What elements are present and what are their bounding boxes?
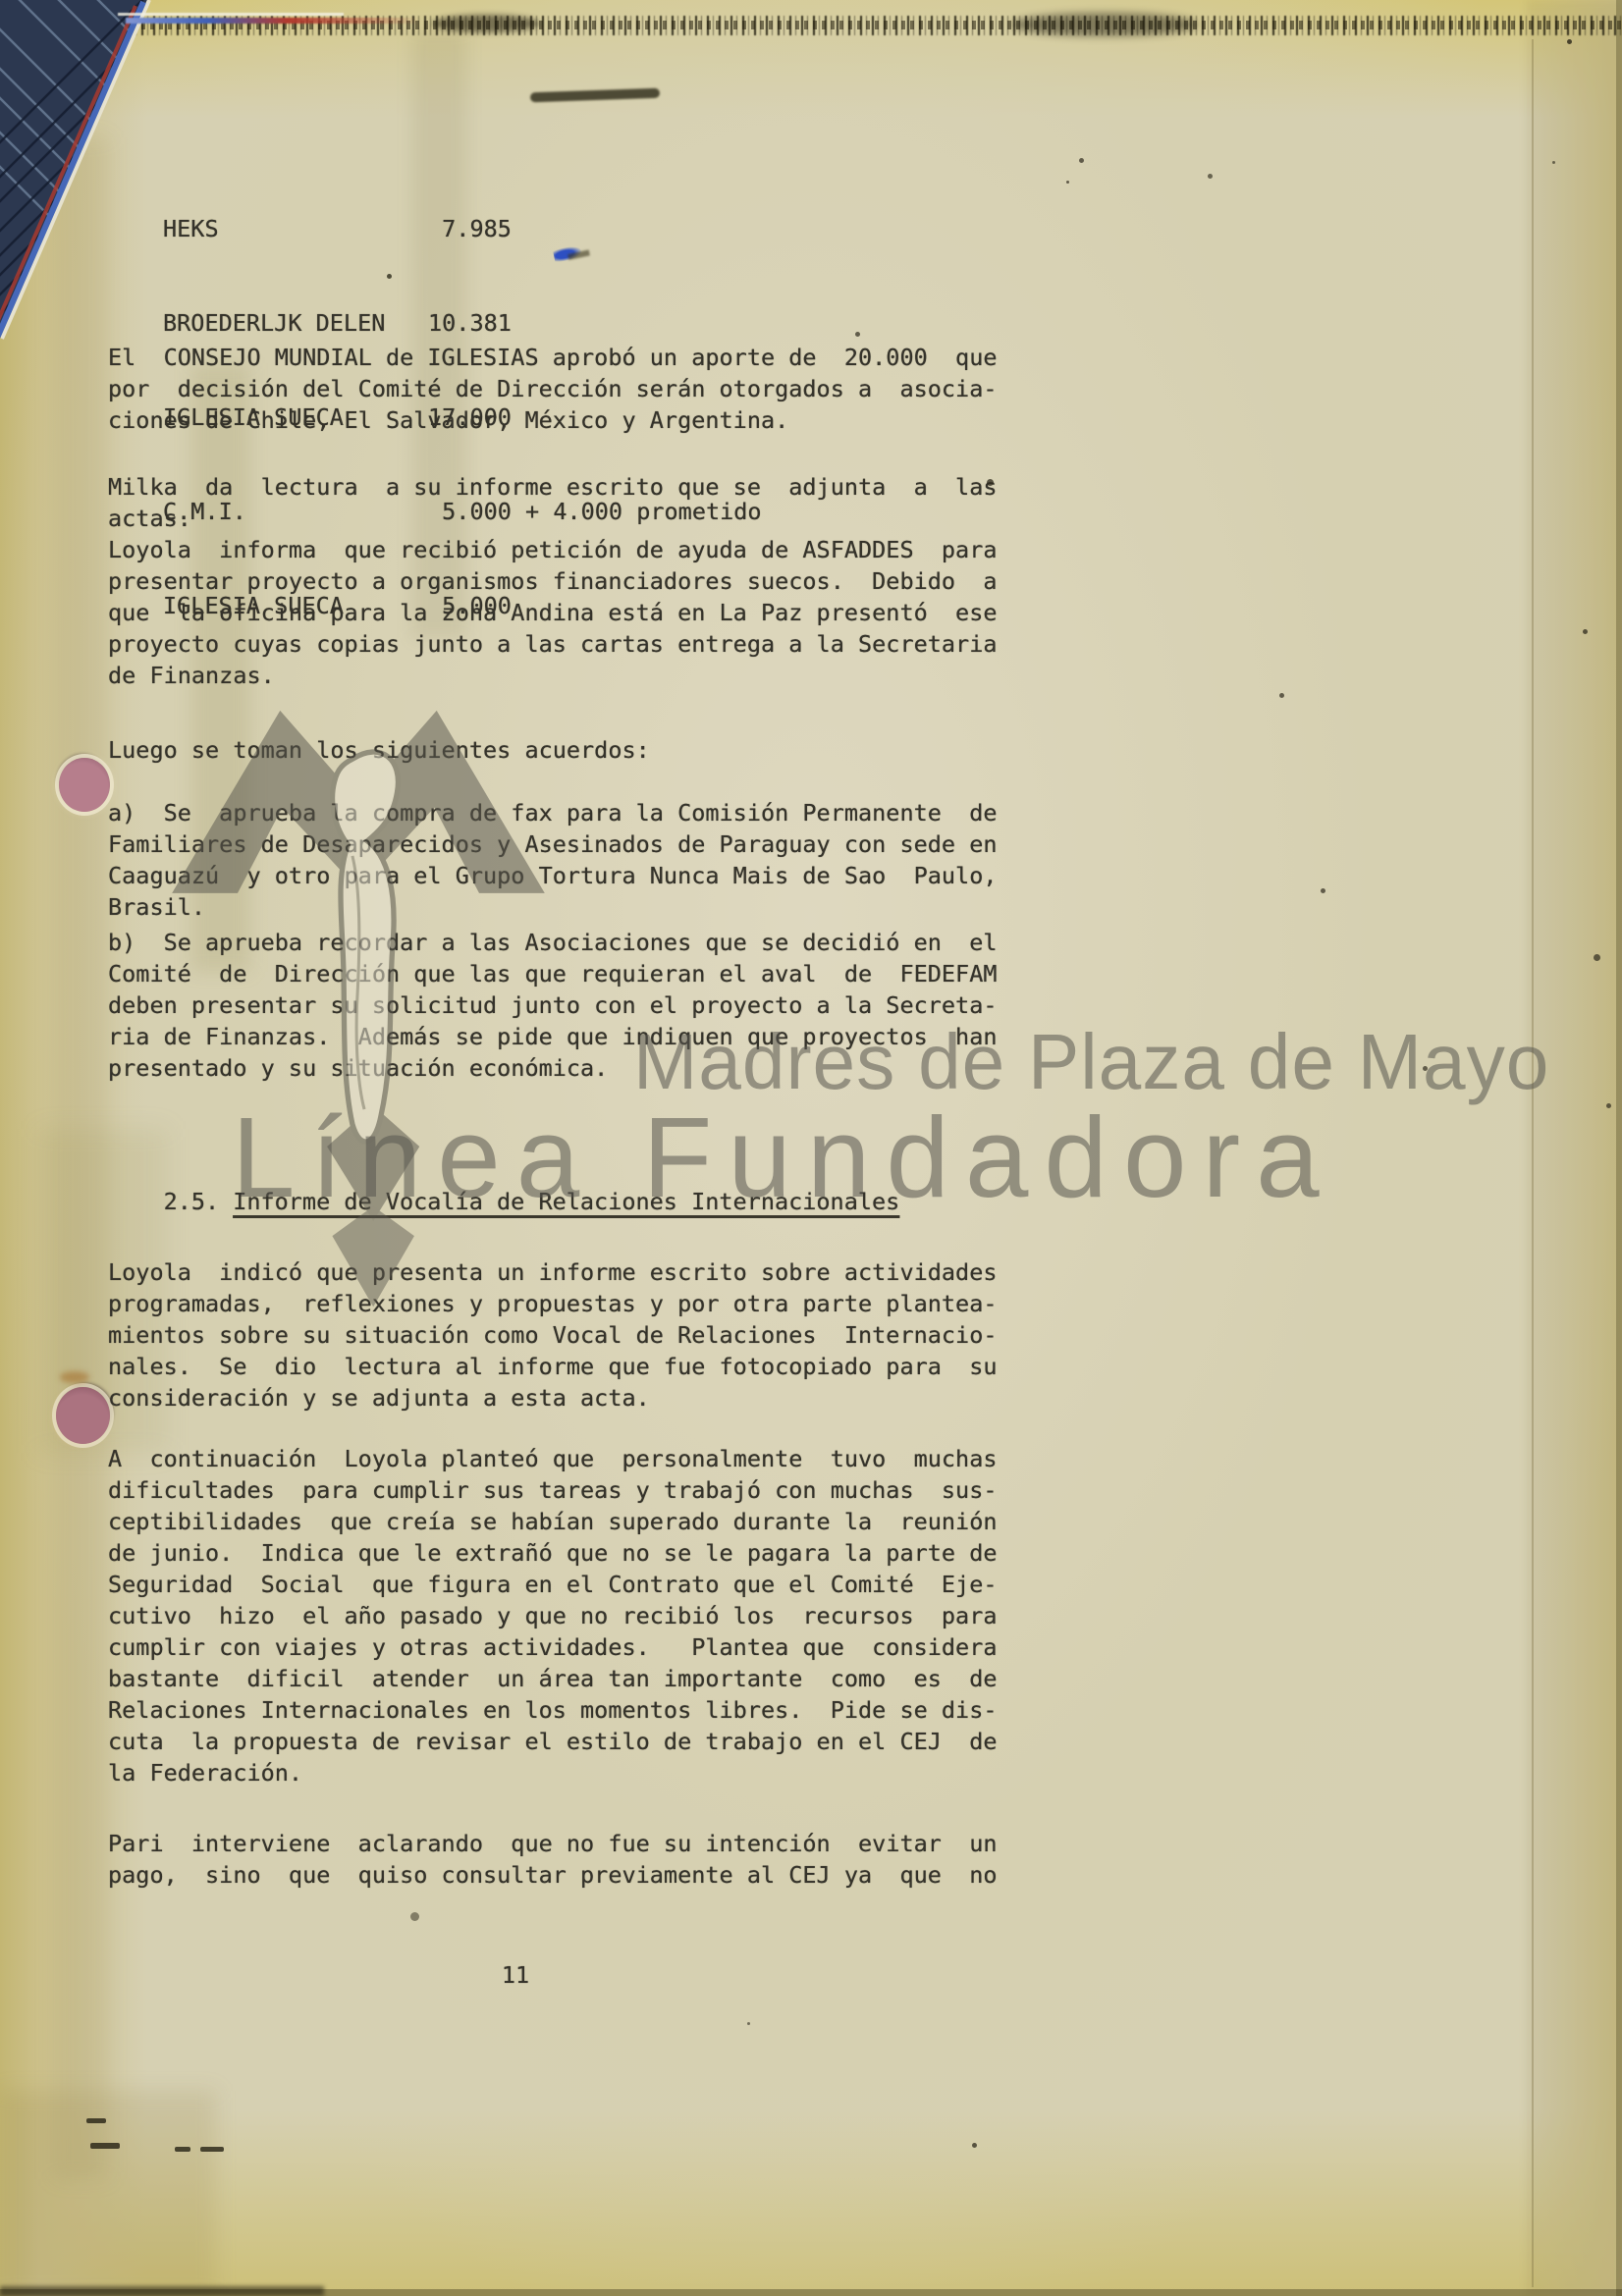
paragraph-milka-loyola: Milka da lectura a su informe escrito qu…: [108, 471, 1021, 691]
text-line: Loyola informa que recibió petición de a…: [108, 534, 1021, 565]
funding-amount: 7.985: [428, 213, 512, 244]
funding-row: BROEDERLJK DELEN10.381: [163, 307, 762, 339]
text-line: Relaciones Internacionales en los moment…: [108, 1694, 1021, 1726]
text-line: ria de Finanzas. Además se pide que indi…: [108, 1021, 1021, 1052]
text-line: a) Se aprueba la compra de fax para la C…: [108, 797, 1021, 828]
funding-row: HEKS 7.985: [163, 213, 762, 244]
text-line: cuta la propuesta de revisar el estilo d…: [108, 1726, 1021, 1757]
top-edge-colored-line: [126, 18, 420, 24]
text-line: Luego se toman los siguientes acuerdos:: [108, 734, 1021, 766]
paragraph-pari: Pari interviene aclarando que no fue su …: [108, 1828, 1021, 1891]
text-line: El CONSEJO MUNDIAL de IGLESIAS aprobó un…: [108, 342, 1021, 373]
text-line: cumplir con viajes y otras actividades. …: [108, 1631, 1021, 1663]
text-line: Caaguazú y otro para el Grupo Tortura Nu…: [108, 860, 1021, 891]
text-line: Seguridad Social que figura en el Contra…: [108, 1569, 1021, 1600]
corner-binding-weave: [0, 0, 157, 344]
text-line: la Federación.: [108, 1757, 1021, 1789]
pen-dash-mark: [200, 2147, 224, 2152]
text-line: nales. Se dio lectura al informe que fue…: [108, 1351, 1021, 1382]
text-line: bastante dificil atender un área tan imp…: [108, 1663, 1021, 1694]
ink-smudge: [530, 88, 660, 103]
text-line: mientos sobre su situación como Vocal de…: [108, 1319, 1021, 1351]
paper-stain: [0, 2091, 216, 2296]
pen-dash-mark: [86, 2118, 106, 2123]
text-line: que la oficina para la zona Andina está …: [108, 597, 1021, 628]
page-number: 11: [461, 1959, 569, 1991]
section-heading-2-5: 2.5.Informe de Vocalía de Relaciones Int…: [108, 1154, 1021, 1249]
scanned-document-page: HEKS 7.985 BROEDERLJK DELEN10.381 IGLESI…: [0, 0, 1622, 2296]
text-line: por decisión del Comité de Dirección ser…: [108, 373, 1021, 404]
paragraph-loyola-informe: Loyola indicó que presenta un informe es…: [108, 1256, 1021, 1414]
paper-bottom-edge-shadow: [0, 2286, 324, 2296]
text-line: proyecto cuyas copias junto a las cartas…: [108, 628, 1021, 660]
text-line: presentado y su situación económica.: [108, 1052, 1021, 1084]
text-line: deben presentar su solicitud junto con e…: [108, 989, 1021, 1021]
text-line: dificultades para cumplir sus tareas y t…: [108, 1474, 1021, 1506]
section-title: Informe de Vocalía de Relaciones Interna…: [233, 1188, 899, 1215]
paper-stain: [1527, 0, 1622, 2296]
text-line: presentar proyecto a organismos financia…: [108, 565, 1021, 597]
paper-right-edge: [1616, 0, 1622, 2296]
text-line: Brasil.: [108, 891, 1021, 923]
text-line: ciones de Chile, El Salvador, México y A…: [108, 404, 1021, 436]
paragraph-acuerdo-a: a) Se aprueba la compra de fax para la C…: [108, 797, 1021, 923]
text-line: Pari interviene aclarando que no fue su …: [108, 1828, 1021, 1859]
paragraph-consejo-mundial: El CONSEJO MUNDIAL de IGLESIAS aprobó un…: [108, 342, 1021, 436]
paper-stain: [54, 137, 108, 2179]
paper-fold-line: [1532, 39, 1534, 2287]
text-line: Loyola indicó que presenta un informe es…: [108, 1256, 1021, 1288]
text-line: A continuación Loyola planteó que person…: [108, 1443, 1021, 1474]
text-line: programadas, reflexiones y propuestas y …: [108, 1288, 1021, 1319]
text-line: Comité de Dirección que las que requiera…: [108, 958, 1021, 989]
text-line: b) Se aprueba recordar a las Asociacione…: [108, 927, 1021, 958]
pen-dash-mark: [90, 2143, 120, 2149]
paragraph-acuerdos-intro: Luego se toman los siguientes acuerdos:: [108, 734, 1021, 766]
text-line: pago, sino que quiso consultar previamen…: [108, 1859, 1021, 1891]
text-line: de Finanzas.: [108, 660, 1021, 691]
top-edge-dark-clump: [432, 15, 540, 32]
paragraph-acuerdo-b: b) Se aprueba recordar a las Asociacione…: [108, 927, 1021, 1084]
text-line: cutivo hizo el año pasado y que no recib…: [108, 1600, 1021, 1631]
text-line: actas.: [108, 503, 1021, 534]
paragraph-loyola-planteo: A continuación Loyola planteó que person…: [108, 1443, 1021, 1789]
pen-dash-mark: [175, 2147, 190, 2152]
text-line: Milka da lectura a su informe escrito qu…: [108, 471, 1021, 503]
text-line: Familiares de Desaparecidos y Asesinados…: [108, 828, 1021, 860]
text-line: ceptibilidades que creía se habían super…: [108, 1506, 1021, 1537]
text-line: de junio. Indica que le extrañó que no s…: [108, 1537, 1021, 1569]
top-edge-dark-clump: [1011, 13, 1198, 36]
section-number: 2.5.: [164, 1188, 220, 1215]
hole-punch-bottom: [56, 1387, 110, 1444]
text-line: consideración y se adjunta a esta acta.: [108, 1382, 1021, 1414]
funding-org: HEKS: [163, 213, 428, 244]
funding-org: BROEDERLJK DELEN: [163, 307, 428, 339]
paper-speckles: [387, 274, 392, 279]
hole-punch-top: [59, 758, 110, 812]
top-edge-white-line: [118, 13, 344, 16]
funding-amount: 10.381: [428, 307, 512, 339]
